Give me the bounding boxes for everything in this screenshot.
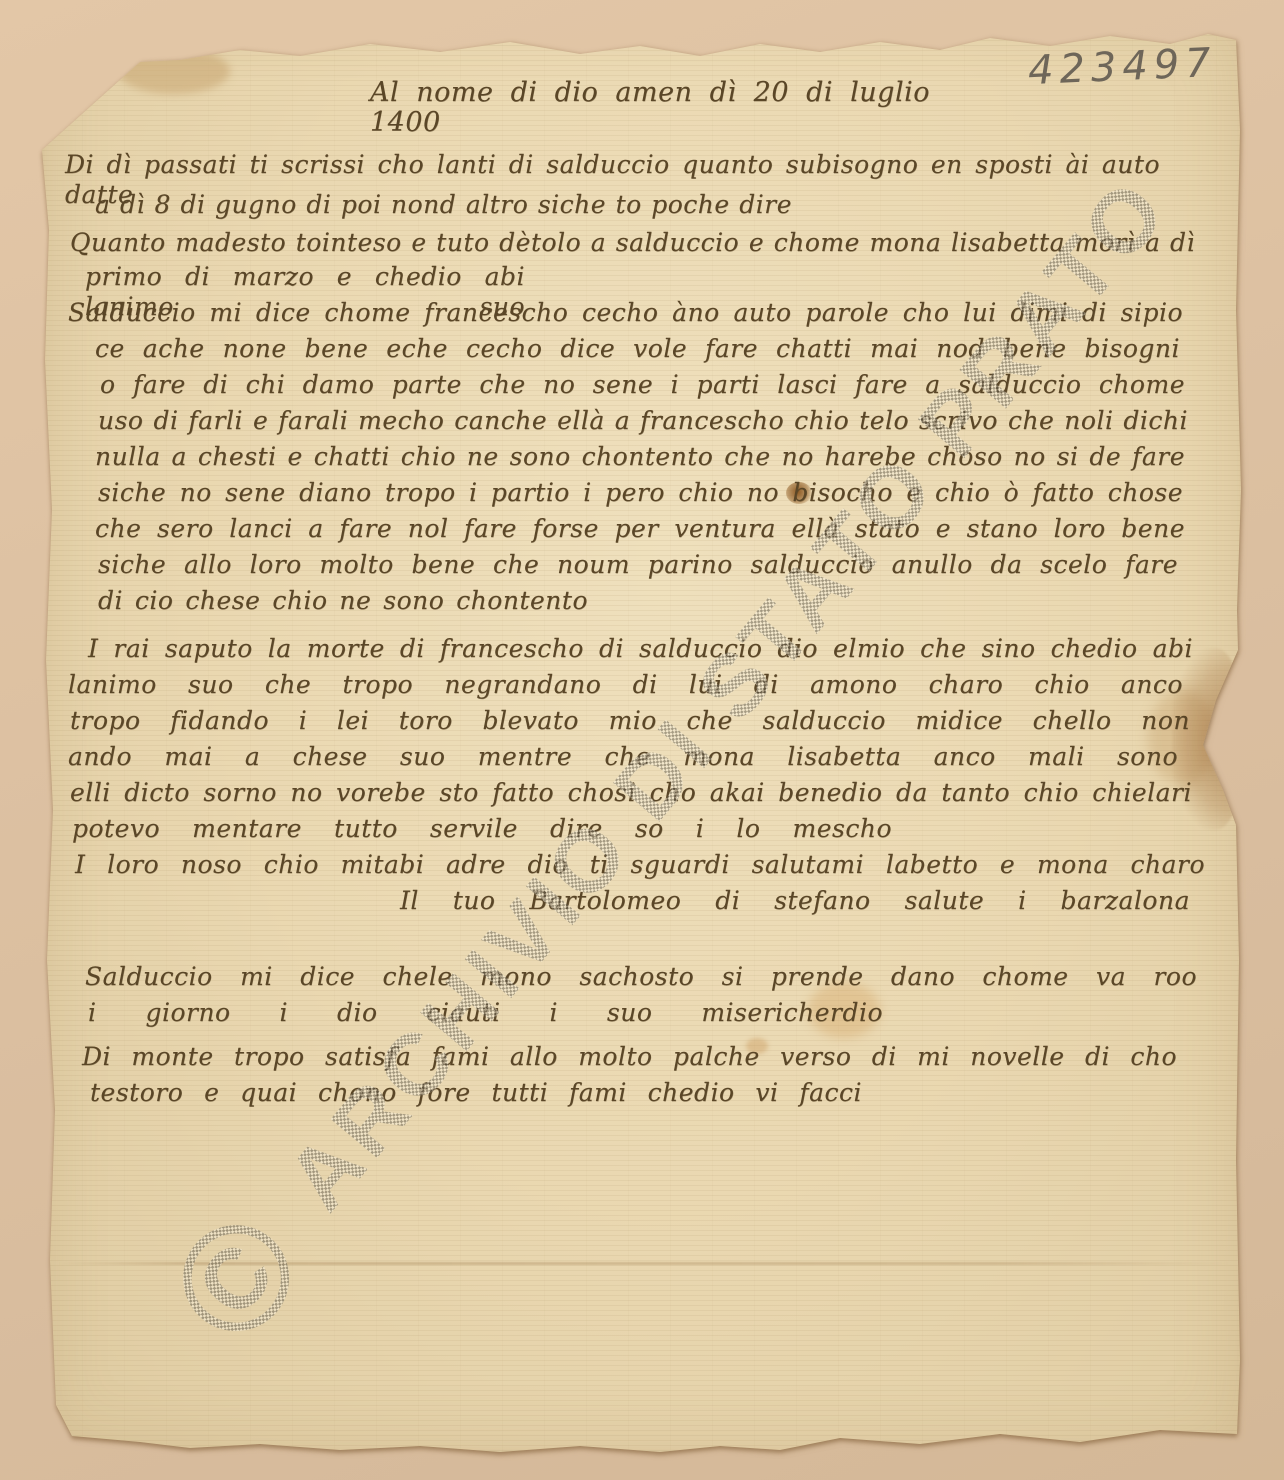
handwritten-line: tropo fidando i lei toro blevato mio che… [70, 706, 1190, 736]
handwritten-line: potevo mentare tutto servile dire so i l… [72, 814, 892, 844]
handwritten-line: testoro e quai chono fore tutti fami che… [90, 1078, 862, 1108]
handwritten-line: lanimo suo che tropo negrandano di lui d… [68, 670, 1183, 700]
manuscript-paper: Al nome di dio amen dì 20 di luglio 1400… [40, 10, 1244, 1454]
handwritten-line: elli dicto sorno no vorebe sto fatto cho… [70, 778, 1192, 808]
stain-top-left-crease [44, 0, 178, 87]
handwritten-line: ce ache none bene eche cecho dice vole f… [95, 334, 1180, 364]
handwritten-line: uso di farli e farali mecho canche ellà … [98, 406, 1188, 436]
handwritten-line: Quanto madesto tointeso e tuto dètolo a … [70, 228, 1195, 258]
handwritten-line: Di monte tropo satisfa fami allo molto p… [82, 1042, 1177, 1072]
handwritten-line: ando mai a chese suo mentre che mona lis… [68, 742, 1178, 772]
stain-top-left-blotch [118, 48, 230, 94]
archive-number: 423497 [1027, 40, 1218, 94]
handwritten-line: a dì 8 di gugno di poi nond altro siche … [95, 190, 792, 220]
handwritten-line: Salduccio mi dice chome francescho cecho… [68, 298, 1183, 328]
signature-line: Il tuo Bartolomeo di stefano salute i ba… [400, 886, 1190, 916]
heading-line: Al nome di dio amen dì 20 di luglio 1400 [370, 78, 930, 138]
handwritten-line: I rai saputo la morte di francescho di s… [88, 634, 1193, 664]
handwritten-line: I loro noso chio mitabi adre dio ti sgua… [75, 850, 1205, 880]
handwritten-line: siche allo loro molto bene che noum pari… [98, 550, 1178, 580]
handwritten-line: i giorno i dio ciauti i suo misericherdi… [88, 998, 883, 1028]
handwritten-line: Salduccio mi dice chele mono sachosto si… [85, 962, 1197, 992]
fold-crease [58, 1262, 1230, 1265]
handwritten-line: nulla a chesti e chatti chio ne sono cho… [95, 442, 1185, 472]
manuscript-scan-page: { "document": { "archive_number": "42349… [0, 0, 1284, 1480]
handwritten-line: siche no sene diano tropo i partio i per… [98, 478, 1183, 508]
handwritten-line: che sero lanci a fare nol fare forse per… [95, 514, 1185, 544]
handwritten-line: o fare di chi damo parte che no sene i p… [100, 370, 1185, 400]
handwritten-line: di cio chese chio ne sono chontento [98, 586, 588, 616]
